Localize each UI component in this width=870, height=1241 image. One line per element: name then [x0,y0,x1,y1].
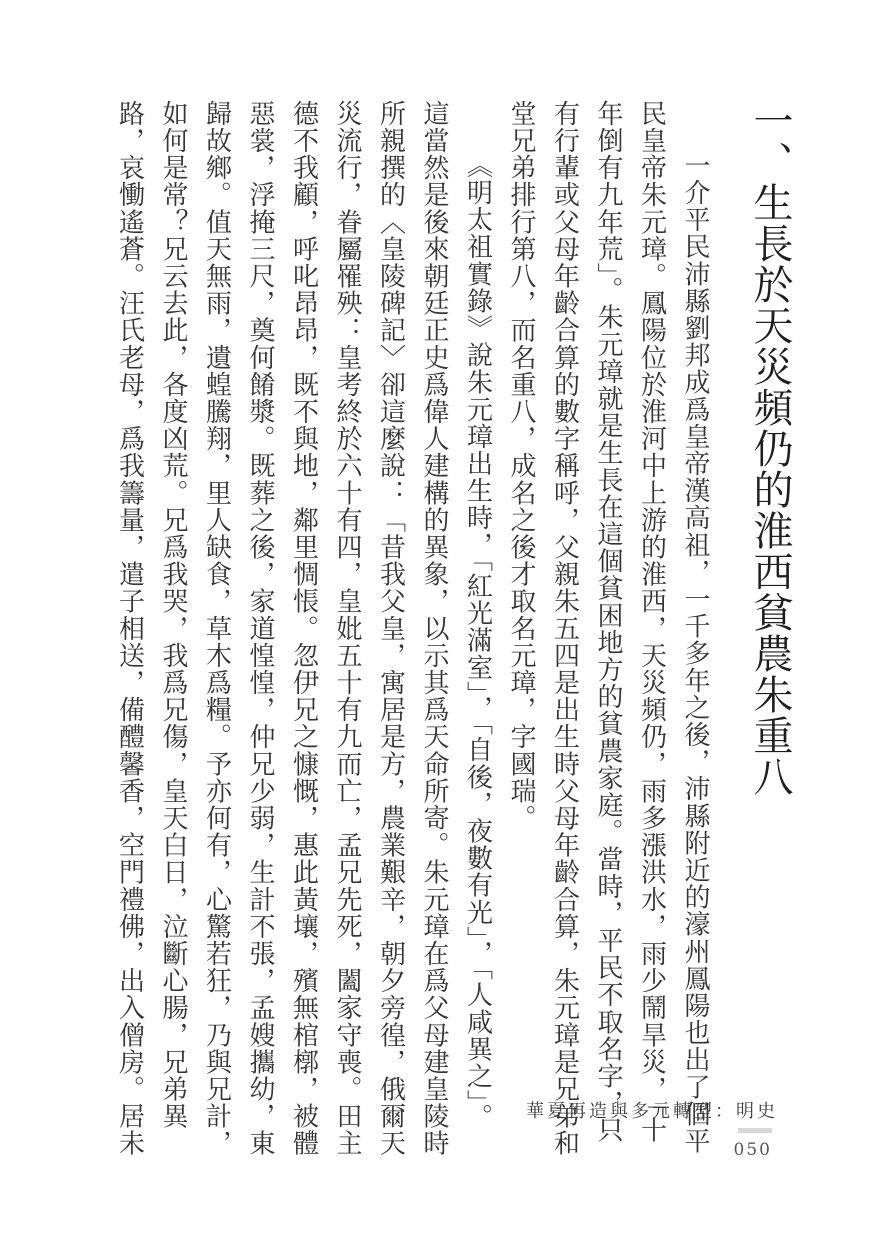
running-footer-book-title: 華夏再造與多元轉型：明史 [526,1097,778,1123]
text-column: 這當然是後來朝廷正史爲偉人建構的異象，以示其爲天命所寄。朱元璋在爲父母建皇陵時 [412,100,456,1040]
text-column: 惡裳，浮掩三尺，奠何餚漿。既葬之後，家道惶惶，仲兄少弱，生計不張，孟嫂攜幼，東 [238,100,282,1040]
book-page: 一、生長於天災頻仍的淮西貧農朱重八 一介平民沛縣劉邦成爲皇帝漢高祖，一千多年之後… [0,0,870,1241]
text-column: 年倒有九年荒」。朱元璋就是生長在這個貧困地方的貧農家庭。當時，平民不取名字，只 [586,100,630,1040]
text-column: 民皇帝朱元璋。鳳陽位於淮河中上游的淮西，天災頻仍，雨多漲洪水，雨少鬧旱災，「十 [629,100,673,1040]
text-column: 堂兄弟排行第八，而名重八，成名之後才取名元璋，字國瑞。 [499,100,543,1040]
text-column: 有行輩或父母年齡合算的數字稱呼，父親朱五四是出生時父母年齡合算，朱元璋是兄弟和 [542,100,586,1040]
page-number: 050 [734,1140,772,1160]
text-column: 歸故鄉。值天無雨，遺蝗騰翔，里人缺食，草木爲糧。予亦何有，心驚若狂，乃與兄計， [194,100,238,1040]
footer-divider-bar [738,1128,772,1133]
text-column: 如何是常？兄云去此，各度凶荒。兄爲我哭，我爲兄傷，皇天白日，泣斷心腸，兄弟異 [151,100,195,1040]
section-heading: 一、生長於天災頻仍的淮西貧農朱重八 [750,100,790,1040]
text-column: 一介平民沛縣劉邦成爲皇帝漢高祖，一千多年之後，沛縣附近的濠州鳳陽也出了個平 [673,100,717,1040]
text-column: 所親撰的〈皇陵碑記〉卻這麼說：「昔我父皇，寓居是方，農業艱辛，朝夕旁徨，俄爾天 [368,100,412,1040]
text-column: 德不我顧，呼叱昂昂，既不與地，鄰里惆悵。忽伊兄之慷慨，惠此黃壤，殯無棺槨，被體 [281,100,325,1040]
text-column: 災流行，眷屬罹殃：皇考終於六十有四，皇妣五十有九而亡，孟兄先死，闔家守喪。田主 [325,100,369,1040]
vertical-text-block: 一、生長於天災頻仍的淮西貧農朱重八 一介平民沛縣劉邦成爲皇帝漢高祖，一千多年之後… [107,100,790,1040]
text-column: 《明太祖實錄》說朱元璋出生時，「紅光滿室」，「自後，夜數有光」，「人咸異之」。 [455,100,499,1040]
text-column: 路，哀慟遙蒼。汪氏老母，爲我籌量，遣子相送，備醴馨香，空門禮佛，出入僧房。居未 [107,100,151,1040]
